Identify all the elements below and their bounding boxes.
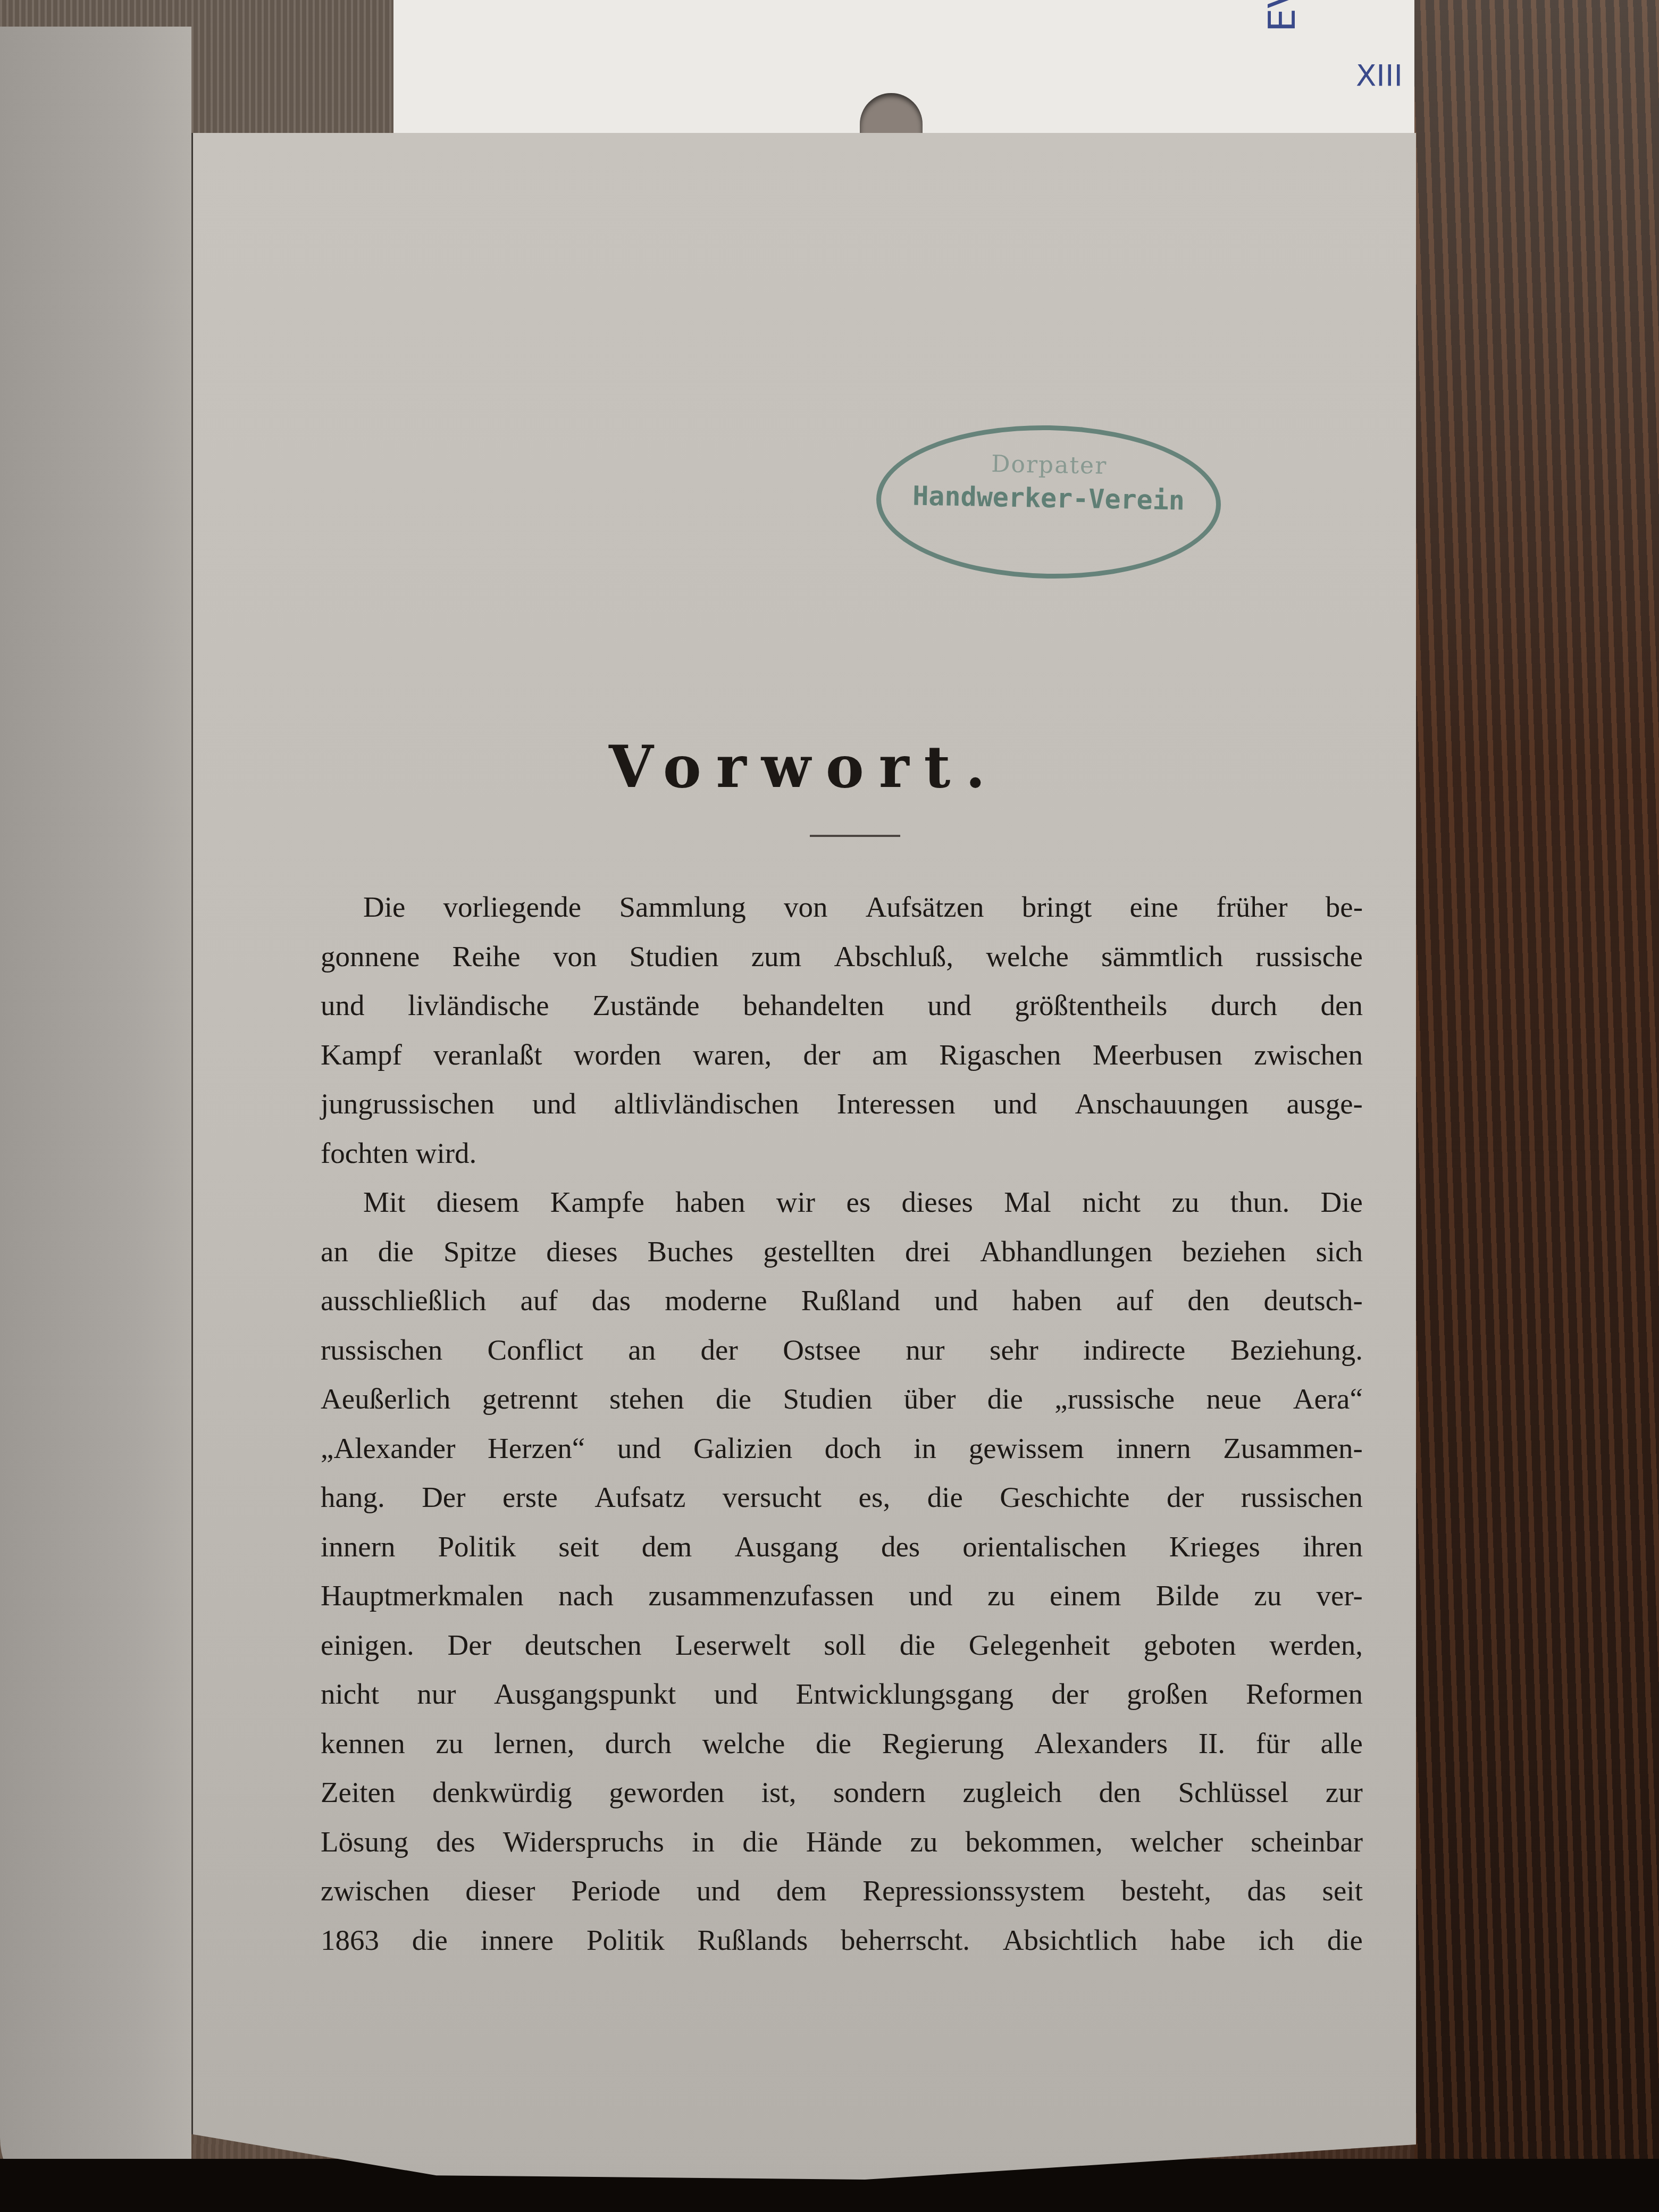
word: vorliegende (443, 883, 582, 932)
page-title: Vorwort. (193, 734, 1416, 801)
word: drei (905, 1227, 951, 1277)
word: ver- (1316, 1571, 1362, 1621)
handwritten-label: EV Tar XIII (1250, 0, 1420, 133)
word: am (872, 1030, 908, 1080)
word: orientalischen (962, 1522, 1127, 1572)
body-text: DievorliegendeSammlungvonAufsätzenbringt… (321, 883, 1363, 1965)
word: Alexanders (1035, 1719, 1168, 1769)
word: Mit (363, 1178, 405, 1227)
text-line: zwischendieserPeriodeunddemRepressionssy… (321, 1866, 1363, 1916)
word: seit (558, 1522, 599, 1572)
handwritten-numeral: XIII (1356, 58, 1403, 93)
word: Kampfe (550, 1178, 644, 1227)
word: Der (448, 1621, 491, 1670)
text-line: undlivländischeZuständebehandeltenundgrö… (321, 981, 1363, 1030)
word: soll (824, 1621, 866, 1670)
word: nach (558, 1571, 614, 1621)
word: 1863 (321, 1916, 379, 1965)
word: den (1321, 981, 1363, 1030)
word: zusammenzufassen (648, 1571, 874, 1621)
word: die (900, 1621, 935, 1670)
word: getrennt (482, 1375, 578, 1424)
text-line: einigen.DerdeutschenLeserweltsolldieGele… (321, 1621, 1363, 1670)
word: die (987, 1375, 1023, 1424)
word: innere (481, 1916, 554, 1965)
word: das (1247, 1866, 1286, 1916)
word: das (592, 1276, 631, 1326)
word: versucht (723, 1473, 822, 1522)
word: Spitze (443, 1227, 516, 1277)
paragraph-2: MitdiesemKampfehabenwiresdiesesMalnichtz… (321, 1178, 1363, 1965)
word: alle (1320, 1719, 1362, 1769)
word: und (934, 1276, 978, 1326)
word: dem (642, 1522, 692, 1572)
word: Studien (630, 932, 719, 982)
word: beziehen (1182, 1227, 1286, 1277)
word: russische (1255, 932, 1363, 982)
word: von (553, 932, 597, 982)
word: früher (1216, 883, 1287, 932)
word: dem (776, 1866, 827, 1916)
word: Absichtlich (1003, 1916, 1138, 1965)
word: Widerspruchs (503, 1817, 664, 1867)
word: Bilde (1156, 1571, 1219, 1621)
word: Rußland (801, 1276, 900, 1326)
word: Ostsee (783, 1326, 861, 1375)
word: welche (986, 932, 1069, 982)
word: lernen, (494, 1719, 574, 1769)
word: doch (825, 1424, 882, 1473)
word: Studien (783, 1375, 872, 1424)
word: innern (321, 1522, 396, 1572)
word: russischen (1241, 1473, 1363, 1522)
word: Zustände (592, 981, 700, 1030)
word: Mal (1004, 1178, 1051, 1227)
word: werden, (1269, 1621, 1363, 1670)
word: Sammlung (619, 883, 745, 932)
word: zu (987, 1571, 1015, 1621)
word: Entwicklungsgang (796, 1670, 1013, 1719)
text-line: fochten wird. (321, 1129, 1363, 1178)
word: und (532, 1079, 576, 1129)
word: moderne (665, 1276, 767, 1326)
word: und (909, 1571, 953, 1621)
word: neue (1206, 1375, 1262, 1424)
word: und (617, 1424, 661, 1473)
word: der (1051, 1670, 1088, 1719)
word: die (716, 1375, 751, 1424)
word: eine (1129, 883, 1178, 932)
word: Aera“ (1293, 1375, 1363, 1424)
word: in (914, 1424, 936, 1473)
word: scheinbar (1251, 1817, 1363, 1867)
word: der (1167, 1473, 1204, 1522)
word: die (1327, 1916, 1363, 1965)
text-line: gonneneReihevonStudienzumAbschluß,welche… (321, 932, 1363, 982)
text-line: hang.DerersteAufsatzversuchtes,dieGeschi… (321, 1473, 1363, 1522)
word: Kampf (321, 1030, 402, 1080)
text-line: „AlexanderHerzen“undGaliziendochingewiss… (321, 1424, 1363, 1473)
word: Die (363, 883, 405, 932)
word: thun. (1230, 1178, 1290, 1227)
word: zu (1254, 1571, 1281, 1621)
word: die (816, 1719, 851, 1769)
word: Reihe (452, 932, 520, 982)
word: gestellten (763, 1227, 875, 1277)
word: der (701, 1326, 738, 1375)
word: Die (1320, 1178, 1362, 1227)
word: ausschließlich (321, 1276, 487, 1326)
word: es, (859, 1473, 891, 1522)
word: livländische (408, 981, 549, 1030)
stamp-line-1: Dorpater (882, 449, 1217, 482)
word: gewissem (969, 1424, 1084, 1473)
text-line: innernPolitikseitdemAusgangdesorientalis… (321, 1522, 1363, 1572)
word: Leserwelt (675, 1621, 791, 1670)
word: den (1187, 1276, 1229, 1326)
word: Regierung (882, 1719, 1004, 1769)
stamp-line-2: Handwerker-Verein (881, 480, 1217, 517)
word: Abhandlungen (980, 1227, 1152, 1277)
word: zwischen (321, 1866, 430, 1916)
word: durch (1211, 981, 1277, 1030)
word: und (927, 981, 971, 1030)
text-line: jungrussischenundaltlivländischenInteres… (321, 1079, 1363, 1129)
text-line: LösungdesWiderspruchsindieHändezubekomme… (321, 1817, 1363, 1867)
word: zu (1171, 1178, 1199, 1227)
word: Politik (438, 1522, 516, 1572)
word: Anschauungen (1075, 1079, 1249, 1129)
word: ausge- (1286, 1079, 1363, 1129)
word: bringt (1022, 883, 1092, 932)
word: durch (605, 1719, 672, 1769)
word: sehr (990, 1326, 1038, 1375)
text-line: nichtnurAusgangspunktundEntwicklungsgang… (321, 1670, 1363, 1719)
word: Geschichte (1000, 1473, 1129, 1522)
word: Buches (648, 1227, 734, 1277)
word: zum (751, 932, 802, 982)
word: sämmtlich (1101, 932, 1223, 982)
word: Ausgang (734, 1522, 839, 1572)
word: Interessen (837, 1079, 956, 1129)
word: ihren (1303, 1522, 1363, 1572)
word: zugleich (963, 1768, 1062, 1817)
text-line: DievorliegendeSammlungvonAufsätzenbringt… (321, 883, 1363, 932)
word: die (378, 1227, 414, 1277)
text-line: russischenConflictanderOstseenursehrindi… (321, 1326, 1363, 1375)
word: innern (1116, 1424, 1191, 1473)
word: die (927, 1473, 963, 1522)
word: nicht (321, 1670, 379, 1719)
word: zu (910, 1817, 937, 1867)
word: auf (521, 1276, 558, 1326)
word: beherrscht. (841, 1916, 970, 1965)
text-line: MitdiesemKampfehabenwiresdiesesMalnichtz… (321, 1178, 1363, 1227)
word: welcher (1130, 1817, 1223, 1867)
word: von (784, 883, 828, 932)
text-line: AeußerlichgetrenntstehendieStudienüberdi… (321, 1375, 1363, 1424)
word: gonnene (321, 932, 420, 982)
word: haben (675, 1178, 745, 1227)
text-line: Zeitendenkwürdiggewordenist,sondernzugle… (321, 1768, 1363, 1817)
word: „Alexander (321, 1424, 455, 1473)
word: und (993, 1079, 1037, 1129)
word: Ausgangspunkt (494, 1670, 676, 1719)
word: dieser (465, 1866, 535, 1916)
word: Lösung (321, 1817, 408, 1867)
word: Zusammen- (1223, 1424, 1363, 1473)
word: an (628, 1326, 656, 1375)
word: Hände (806, 1817, 883, 1867)
word: denkwürdig (432, 1768, 572, 1817)
text-line: Hauptmerkmalennachzusammenzufassenundzue… (321, 1571, 1363, 1621)
word: bekommen, (966, 1817, 1103, 1867)
word: Schlüssel (1178, 1768, 1288, 1817)
word: Beziehung. (1230, 1326, 1363, 1375)
word: Aufsätzen (866, 883, 984, 932)
word: kennen (321, 1719, 405, 1769)
title-rule-divider (810, 835, 900, 837)
word: des (881, 1522, 920, 1572)
word: über (904, 1375, 956, 1424)
word: habe (1170, 1916, 1226, 1965)
word: worden (574, 1030, 661, 1080)
word: Der (422, 1473, 465, 1522)
text-line: andieSpitzediesesBuchesgestelltendreiAbh… (321, 1227, 1363, 1277)
text-line: kennenzulernen,durchwelchedieRegierungAl… (321, 1719, 1363, 1769)
word: stehen (609, 1375, 684, 1424)
word: veranlaßt (433, 1030, 542, 1080)
word: nicht (1082, 1178, 1141, 1227)
word: größtentheils (1015, 981, 1167, 1030)
word: zu (435, 1719, 463, 1769)
word: behandelten (743, 981, 884, 1030)
word: in (692, 1817, 715, 1867)
word: Rigaschen (939, 1030, 1061, 1080)
word: Reformen (1246, 1670, 1363, 1719)
word: Aufsatz (594, 1473, 685, 1522)
word: deutsch- (1264, 1276, 1363, 1326)
word: jungrussischen (321, 1079, 495, 1129)
word: Repressionssystem (862, 1866, 1085, 1916)
word: Krieges (1169, 1522, 1260, 1572)
word: für (1256, 1719, 1290, 1769)
wooden-desk-right (1414, 0, 1659, 2212)
word: wir (776, 1178, 815, 1227)
word: die (412, 1916, 448, 1965)
word: Zeiten (321, 1768, 395, 1817)
word: nur (417, 1670, 456, 1719)
word: geboten (1143, 1621, 1236, 1670)
word: Rußlands (698, 1916, 808, 1965)
word: auf (1116, 1276, 1153, 1326)
word: Herzen“ (488, 1424, 585, 1473)
word: der (803, 1030, 840, 1080)
word: deutschen (525, 1621, 642, 1670)
word: welche (702, 1719, 785, 1769)
word: zur (1326, 1768, 1363, 1817)
word: es (846, 1178, 870, 1227)
word: und (714, 1670, 758, 1719)
word: indirecte (1083, 1326, 1185, 1375)
word: haben (1012, 1276, 1082, 1326)
word: die (742, 1817, 778, 1867)
word: geworden (609, 1768, 724, 1817)
word: ich (1259, 1916, 1294, 1965)
library-stamp: Dorpater Handwerker-Verein (875, 422, 1222, 581)
word: Galizien (693, 1424, 792, 1473)
text-line: Kampfveranlaßtwordenwaren,deramRigaschen… (321, 1030, 1363, 1080)
text-line: 1863dieinnerePolitikRußlandsbeherrscht.A… (321, 1916, 1363, 1965)
word: Politik (586, 1916, 665, 1965)
word: seit (1322, 1866, 1363, 1916)
word: altlivländischen (614, 1079, 799, 1129)
word: großen (1127, 1670, 1208, 1719)
word: sondern (833, 1768, 926, 1817)
word: und (321, 981, 365, 1030)
word: erste (502, 1473, 558, 1522)
word: Abschluß, (834, 932, 954, 982)
word: hang. (321, 1473, 385, 1522)
word: Aeußerlich (321, 1375, 450, 1424)
word: einigen. (321, 1621, 414, 1670)
book-page: Dorpater Handwerker-Verein Vorwort. Diev… (191, 133, 1416, 2196)
left-facing-page (0, 27, 191, 2212)
word: dieses (546, 1227, 617, 1277)
word: Periode (571, 1866, 660, 1916)
word: des (436, 1817, 475, 1867)
word: II. (1199, 1719, 1225, 1769)
word: einem (1050, 1571, 1121, 1621)
handwritten-text-rotated: EV Tar (1260, 0, 1304, 32)
word: dieses (902, 1178, 973, 1227)
word: Gelegenheit (969, 1621, 1110, 1670)
word: Meerbusen (1093, 1030, 1222, 1080)
paragraph-1: DievorliegendeSammlungvonAufsätzenbringt… (321, 883, 1363, 1178)
word: nur (906, 1326, 944, 1375)
word: und (697, 1866, 741, 1916)
word: an (321, 1227, 348, 1277)
word: den (1099, 1768, 1141, 1817)
word: be- (1326, 883, 1363, 932)
word: sich (1316, 1227, 1363, 1277)
word: Hauptmerkmalen (321, 1571, 524, 1621)
word: „russische (1054, 1375, 1175, 1424)
word: ist, (761, 1768, 797, 1817)
word: waren, (693, 1030, 772, 1080)
word: diesem (437, 1178, 520, 1227)
text-line: ausschließlichaufdasmoderneRußlandundhab… (321, 1276, 1363, 1326)
word: zwischen (1254, 1030, 1363, 1080)
word: russischen (321, 1326, 442, 1375)
word: besteht, (1121, 1866, 1211, 1916)
word: Conflict (488, 1326, 583, 1375)
